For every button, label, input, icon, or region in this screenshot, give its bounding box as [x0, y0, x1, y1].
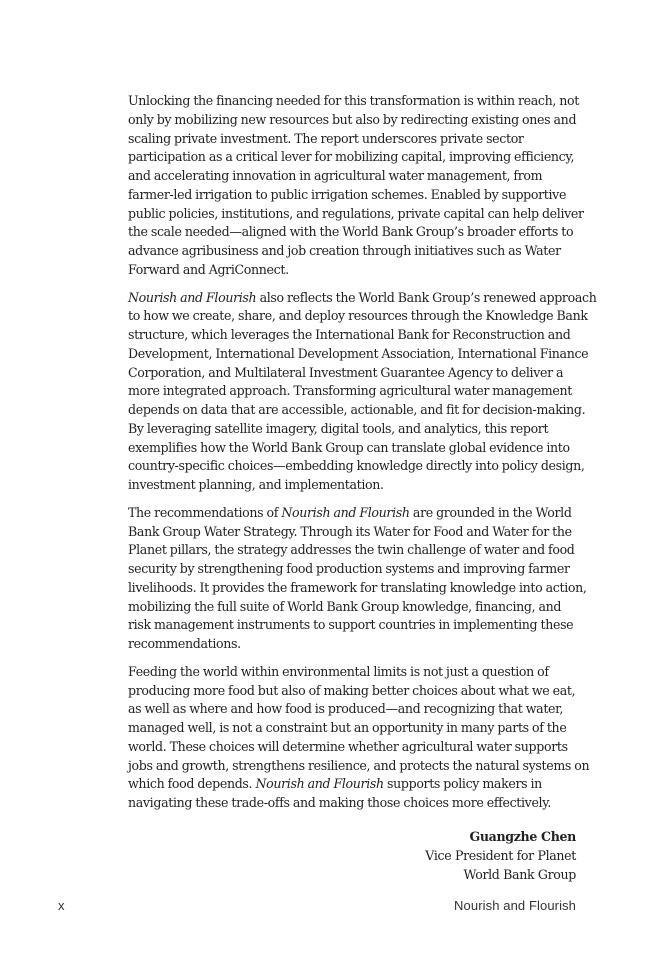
text-line: depends on data that are accessible, act…	[128, 401, 578, 420]
text-line: navigating these trade-offs and making t…	[128, 794, 578, 813]
text-line: livelihoods. It provides the framework f…	[128, 579, 578, 598]
text-run: navigating these trade-offs and making t…	[128, 795, 551, 810]
text-line: Planet pillars, the strategy addresses t…	[128, 541, 578, 560]
text-run: more integrated approach. Transforming a…	[128, 383, 572, 398]
text-run: scaling private investment. The report u…	[128, 131, 524, 146]
text-run: exemplifies how the World Bank Group can…	[128, 440, 570, 455]
text-line: security by strengthening food productio…	[128, 560, 578, 579]
signature-block: Guangzhe Chen Vice President for Planet …	[425, 828, 576, 884]
text-run: which food depends.	[128, 776, 255, 791]
text-line: to how we create, share, and deploy reso…	[128, 307, 578, 326]
text-line: the scale needed—aligned with the World …	[128, 223, 578, 242]
text-line: Forward and AgriConnect.	[128, 261, 578, 280]
text-line: exemplifies how the World Bank Group can…	[128, 439, 578, 458]
signatory-name: Guangzhe Chen	[425, 828, 576, 847]
text-run: also reflects the World Bank Group’s ren…	[256, 290, 596, 305]
text-run: Corporation, and Multilateral Investment…	[128, 365, 563, 380]
text-line: jobs and growth, strengthens resilience,…	[128, 757, 578, 776]
text-line: Corporation, and Multilateral Investment…	[128, 364, 578, 383]
text-run: Feeding the world within environmental l…	[128, 664, 549, 679]
text-run: only by mobilizing new resources but als…	[128, 112, 576, 127]
text-line: participation as a critical lever for mo…	[128, 148, 578, 167]
text-line: investment planning, and implementation.	[128, 476, 578, 495]
text-run: investment planning, and implementation.	[128, 477, 384, 492]
text-line: structure, which leverages the Internati…	[128, 326, 578, 345]
text-line: as well as where and how food is produce…	[128, 700, 578, 719]
italic-title-text: Nourish and Flourish	[255, 776, 383, 791]
italic-title-text: Nourish and Flourish	[281, 505, 409, 520]
text-line: The recommendations of Nourish and Flour…	[128, 504, 578, 523]
text-run: livelihoods. It provides the framework f…	[128, 580, 587, 595]
text-run: Planet pillars, the strategy addresses t…	[128, 542, 575, 557]
text-line: Development, International Development A…	[128, 345, 578, 364]
signatory-organization: World Bank Group	[425, 866, 576, 885]
text-line: only by mobilizing new resources but als…	[128, 111, 578, 130]
text-run: participation as a critical lever for mo…	[128, 149, 574, 164]
paragraph-1: Unlocking the financing needed for this …	[128, 92, 578, 280]
text-run: Development, International Development A…	[128, 346, 588, 361]
text-run: managed well, is not a constraint but an…	[128, 720, 566, 735]
signatory-title: Vice President for Planet	[425, 847, 576, 866]
text-line: managed well, is not a constraint but an…	[128, 719, 578, 738]
text-line: country-specific choices—embedding knowl…	[128, 457, 578, 476]
text-run: By leveraging satellite imagery, digital…	[128, 421, 548, 436]
text-line: Nourish and Flourish also reflects the W…	[128, 289, 578, 308]
paragraph-2: Nourish and Flourish also reflects the W…	[128, 289, 578, 495]
text-run: jobs and growth, strengthens resilience,…	[128, 758, 589, 773]
text-line: Bank Group Water Strategy. Through its W…	[128, 523, 578, 542]
text-run: country-specific choices—embedding knowl…	[128, 458, 585, 473]
text-run: supports policy makers in	[384, 776, 542, 791]
text-line: farmer-led irrigation to public irrigati…	[128, 186, 578, 205]
text-line: Unlocking the financing needed for this …	[128, 92, 578, 111]
paragraph-4: Feeding the world within environmental l…	[128, 663, 578, 813]
text-line: mobilizing the full suite of World Bank …	[128, 598, 578, 617]
text-run: structure, which leverages the Internati…	[128, 327, 570, 342]
document-page: Unlocking the financing needed for this …	[0, 0, 672, 960]
text-run: to how we create, share, and deploy reso…	[128, 308, 588, 323]
text-run: are grounded in the World	[410, 505, 572, 520]
text-line: risk management instruments to support c…	[128, 616, 578, 635]
text-run: Unlocking the financing needed for this …	[128, 93, 579, 108]
text-line: which food depends. Nourish and Flourish…	[128, 775, 578, 794]
text-run: depends on data that are accessible, act…	[128, 402, 585, 417]
italic-title-text: Nourish and Flourish	[128, 290, 256, 305]
text-run: Bank Group Water Strategy. Through its W…	[128, 524, 572, 539]
text-run: and accelerating innovation in agricultu…	[128, 168, 542, 183]
text-run: security by strengthening food productio…	[128, 561, 570, 576]
foreword-body: Unlocking the financing needed for this …	[128, 92, 578, 822]
text-run: farmer-led irrigation to public irrigati…	[128, 187, 566, 202]
text-line: producing more food but also of making b…	[128, 682, 578, 701]
text-run: as well as where and how food is produce…	[128, 701, 563, 716]
text-line: advance agribusiness and job creation th…	[128, 242, 578, 261]
text-line: scaling private investment. The report u…	[128, 130, 578, 149]
text-line: more integrated approach. Transforming a…	[128, 382, 578, 401]
text-run: The recommendations of	[128, 505, 281, 520]
text-run: public policies, institutions, and regul…	[128, 206, 584, 221]
text-line: recommendations.	[128, 635, 578, 654]
text-run: advance agribusiness and job creation th…	[128, 243, 561, 258]
text-run: producing more food but also of making b…	[128, 683, 575, 698]
running-footer-title: Nourish and Flourish	[454, 898, 576, 913]
text-run: the scale needed—aligned with the World …	[128, 224, 573, 239]
text-run: Forward and AgriConnect.	[128, 262, 289, 277]
text-line: public policies, institutions, and regul…	[128, 205, 578, 224]
page-number: x	[58, 898, 65, 913]
text-run: risk management instruments to support c…	[128, 617, 573, 632]
text-run: recommendations.	[128, 636, 241, 651]
text-line: world. These choices will determine whet…	[128, 738, 578, 757]
text-run: mobilizing the full suite of World Bank …	[128, 599, 561, 614]
text-line: By leveraging satellite imagery, digital…	[128, 420, 578, 439]
text-run: world. These choices will determine whet…	[128, 739, 568, 754]
text-line: and accelerating innovation in agricultu…	[128, 167, 578, 186]
paragraph-3: The recommendations of Nourish and Flour…	[128, 504, 578, 654]
text-line: Feeding the world within environmental l…	[128, 663, 578, 682]
